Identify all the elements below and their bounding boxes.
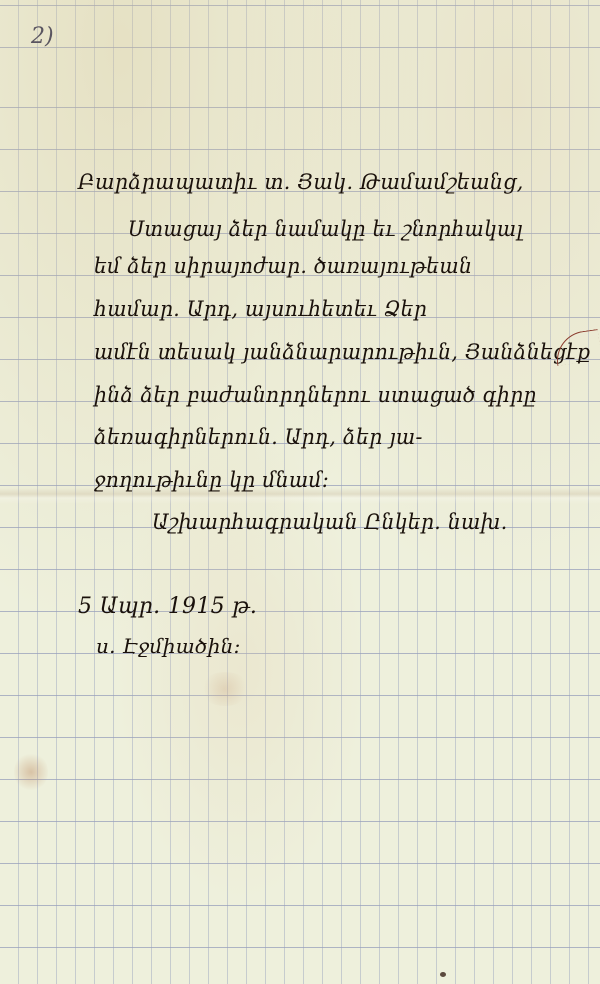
signature: Աշխարհագրական Ընկեր. նախ.: [152, 510, 508, 534]
body-line-7: ջողութիւնը կը մնամ:: [94, 468, 329, 492]
salutation: Բարձրապատիւ տ. Յակ. Թամամշեանց,: [78, 170, 524, 194]
paper-stain: [200, 672, 250, 706]
body-line-5: ինձ ձեր բաժանորդներու ստացած գիրը: [94, 383, 537, 407]
body-line-1: Ստացայ ձեր նամակը եւ շնորհակալ: [128, 217, 523, 241]
handwritten-letter-page: 2) Բարձրապատիւ տ. Յակ. Թամամշեանց, Ստացա…: [0, 0, 600, 984]
body-line-3: համար. Արդ, այսուհետեւ Ձեր: [94, 297, 427, 321]
body-line-2: եմ ձեր սիրայոժար. ծառայութեան: [94, 254, 472, 278]
place-line: ս. Էջմիածին:: [96, 634, 241, 658]
red-ink-flourish: [553, 329, 600, 366]
ink-speck: [440, 972, 446, 977]
body-line-6: ձեռագիրներուն. Արդ, ձեր յա-: [94, 425, 423, 449]
date-line: 5 Ապր. 1915 թ.: [78, 594, 257, 619]
page-number-text: 2): [31, 24, 54, 49]
ink-stain: [14, 752, 48, 792]
page-number: 2): [27, 14, 63, 64]
body-line-4: ամէն տեսակ յանձնարարութիւն, Յանձնեցէք: [94, 340, 590, 364]
